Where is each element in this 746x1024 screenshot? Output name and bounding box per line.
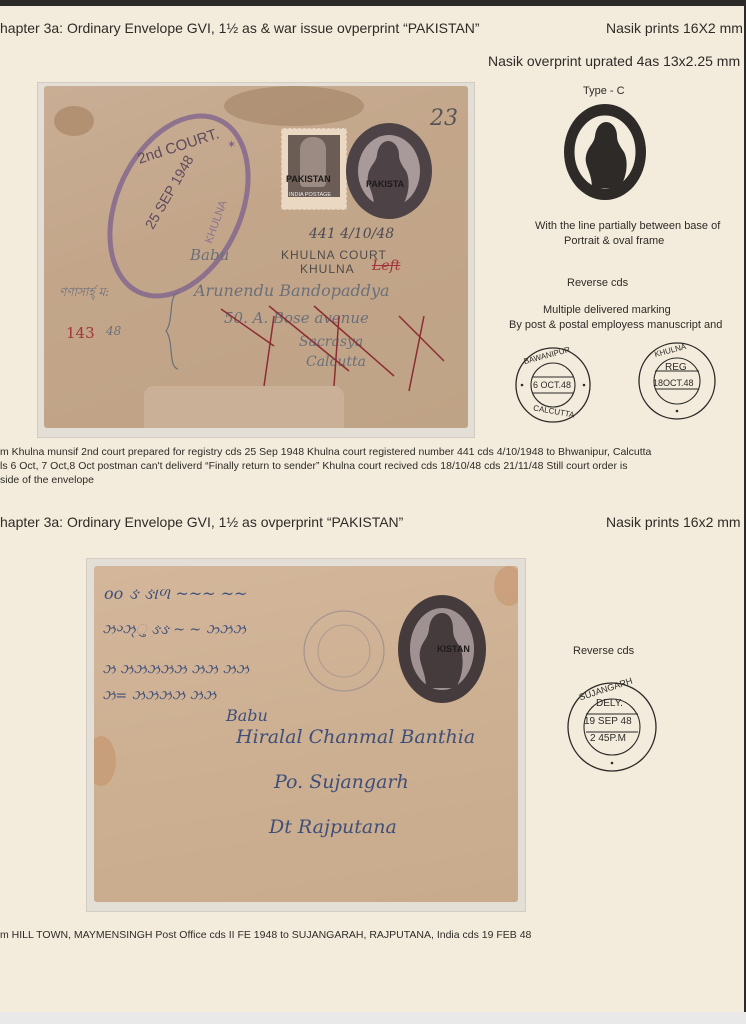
strike-through-lines	[219, 301, 449, 391]
address-line-1: Babu	[190, 246, 229, 264]
section1-caption-line2: ls 6 Oct, 7 Oct,8 Oct postman can't deli…	[0, 459, 746, 473]
brace-mark	[162, 291, 182, 371]
delivery-note-1: Multiple delivered marking	[543, 304, 671, 316]
address-line-2: Arunendu Bandopaddya	[194, 281, 390, 300]
corner-number: 23	[430, 106, 458, 131]
section1-heading: hapter 3a: Ordinary Envelope GVI, 1½ as …	[0, 20, 480, 36]
registration-number: 441 4/10/48	[309, 226, 394, 242]
left-note-number: 143	[66, 324, 95, 342]
gujarati-note-line3: ઝ ઝઝઝઝઝ ઝઝ ઝઝ	[102, 662, 249, 678]
env2-address-line-4: Dt Rajputana	[269, 816, 397, 838]
env2-address-line-3: Po. Sujangarh	[274, 771, 409, 793]
cds-sujangarh-dely: DELY.	[596, 698, 623, 709]
gujarati-note-line2: ઝગ્ઝ્ુ ઙઙ ~ ~ ઝ્ઝઝ	[102, 622, 246, 638]
envelope1-indicium	[344, 121, 434, 221]
section1-caption-line3: side of the envelope	[0, 473, 746, 487]
line-note-2: Portrait & oval frame	[564, 235, 664, 247]
section2-print-note: Nasik prints 16x2 mm	[606, 514, 741, 530]
line-note-1: With the line partially between base of	[535, 220, 720, 232]
adhesive-overprint: PAKISTAN	[286, 174, 331, 184]
section1-reverse-label: Reverse cds	[567, 277, 628, 289]
adhesive-bottom: INDIA POSTAGE	[289, 192, 331, 198]
indicium2-overprint: KISTAN	[437, 644, 470, 654]
delivery-note-2: By post & postal employess manuscript an…	[509, 319, 722, 331]
type-label: Type - C	[583, 85, 625, 97]
section2-caption: m HILL TOWN, MAYMENSINGH Post Office cds…	[0, 928, 531, 942]
svg-text:✶: ✶	[227, 139, 236, 151]
cds-khulna-date: 18OCT.48	[653, 378, 694, 388]
env2-address-line-1: Babu	[226, 706, 268, 725]
overprint-note: Nasik overprint uprated 4as 13x2.25 mm	[488, 53, 740, 69]
gujarati-note-line4: ઝ= ઝઝઝઝ ઝઝ	[102, 688, 216, 704]
section2-heading: hapter 3a: Ordinary Envelope GVI, 1½ as …	[0, 514, 403, 530]
scanner-edge	[0, 1012, 746, 1024]
khulna-handstamp: KHULNA	[300, 262, 355, 276]
left-note-year: 48	[106, 324, 121, 338]
cds-bawanipur-date: 6 OCT.48	[533, 380, 571, 390]
cds-khulna-reg-label: REG	[665, 362, 687, 373]
left-marking: Left	[372, 258, 400, 274]
indicium1-overprint: PAKISTA	[366, 179, 404, 189]
envelope2: KISTAN oo ઙ ઙાળ ~~~ ~~ ઝગ્ઝ્ુ ઙઙ ~ ~ ઝ્ઝ…	[94, 566, 518, 902]
cds-sujangarh-date: 19 SEP 48	[584, 716, 632, 727]
section2-reverse-label: Reverse cds	[573, 645, 634, 657]
section1-print-note: Nasik prints 16X2 mm	[606, 20, 743, 36]
gujarati-note-line1: oo ઙ ઙાળ ~~~ ~~	[104, 584, 247, 604]
khulna-court-handstamp: KHULNA COURT	[281, 248, 387, 262]
postmark-hill-town	[299, 606, 389, 696]
cds-sujangarh-time: 2 45P.M	[590, 733, 626, 744]
type-c-indicium-illustration	[562, 102, 648, 202]
adhesive-stamp-4as: PAKISTAN INDIA POSTAGE	[281, 128, 347, 210]
section1-caption-line1: m Khulna munsif 2nd court prepared for r…	[0, 445, 746, 459]
env2-address-line-2: Hiralal Chanmal Banthia	[236, 726, 475, 748]
court-oval-handstamp: ✶	[99, 106, 259, 306]
album-page: hapter 3a: Ordinary Envelope GVI, 1½ as …	[0, 6, 744, 1012]
bengali-note: ণণাসাৰ্হ্ ম:	[59, 284, 109, 304]
envelope1: ✶ 2nd COURT. 25 SEP 1948 KHULNA PAKISTAN…	[44, 86, 468, 428]
